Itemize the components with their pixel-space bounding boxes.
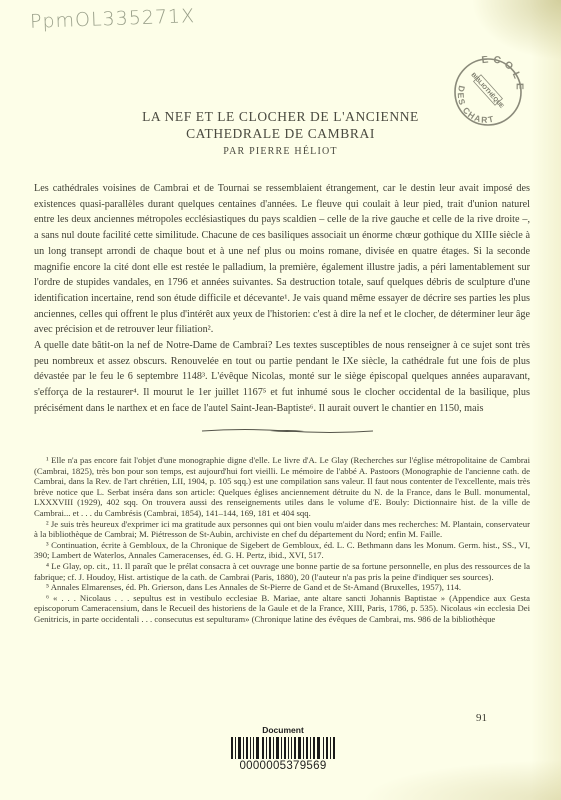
author-byline: PAR PIERRE HÉLIOT [0,146,561,157]
handwritten-shelf-mark: PpmOL335271X [30,5,196,33]
body-paragraph: A quelle date bâtit-on la nef de Notre-D… [34,338,530,417]
bottom-stain [361,760,561,800]
footnote-3: ³ Continuation, écrite à Gembloux, de la… [34,540,530,561]
article-title-line-1: LA NEF ET LE CLOCHER DE L'ANCIENNE [0,108,561,125]
barcode-sticker: Document 0000005379569 [228,725,338,772]
barcode-label: Document [228,725,338,735]
corner-stain [471,0,561,60]
article-title-line-2: CATHEDRALE DE CAMBRAI [0,125,561,142]
footnote-4: ⁴ Le Glay, op. cit., 11. Il paraît que l… [34,561,530,582]
separator-flourish [200,427,375,435]
body-paragraph: Les cathédrales voisines de Cambrai et d… [34,181,530,338]
footnote-1: ¹ Elle n'a pas encore fait l'objet d'une… [34,455,530,519]
article-header: LA NEF ET LE CLOCHER DE L'ANCIENNE CATHE… [0,108,561,157]
body-text: Les cathédrales voisines de Cambrai et d… [34,181,530,417]
barcode-icon [231,737,335,759]
footnote-2: ² Je suis très heureux d'exprimer ici ma… [34,519,530,540]
footnotes: ¹ Elle n'a pas encore fait l'objet d'une… [34,455,530,625]
footnote-5: ⁵ Annales Elmarenses, éd. Ph. Grierson, … [34,582,530,593]
footnote-6: ⁶ « . . . Nicolaus . . . sepultus est in… [34,593,530,625]
svg-text:BIBLIOTHÈQUE: BIBLIOTHÈQUE [469,71,505,110]
page-number: 91 [476,712,487,724]
barcode-number: 0000005379569 [228,760,338,772]
